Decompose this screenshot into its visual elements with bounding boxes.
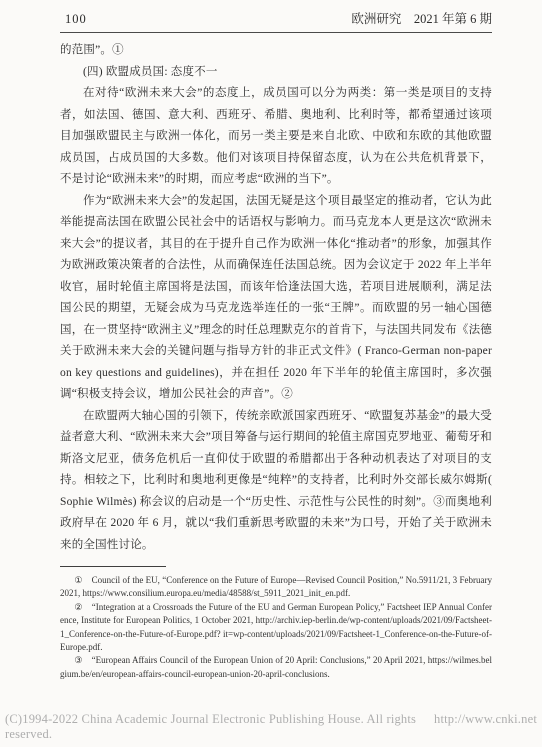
footnote-1: ① Council of the EU, “Conference on the … <box>60 574 492 601</box>
paragraph: 在欧盟两大轴心国的引领下，传统亲欧派国家西班牙、“欧盟复苏基金”的最大受益者意大… <box>60 406 492 557</box>
cnki-scan-footer: (C)1994-2022 China Academic Journal Elec… <box>0 712 542 742</box>
footnote-2: ② “Integration at a Crossroads the Futur… <box>60 601 492 655</box>
paragraph: 作为“欧洲未来大会”的发起国，法国无疑是这个项目最坚定的推动者，它认为此举能提高… <box>60 191 492 406</box>
paragraph: 在对待“欧洲未来大会”的态度上，成员国可以分为两类：第一类是项目的支持者，如法国… <box>60 83 492 191</box>
page-content: 100 欧洲研究 2021 年第 6 期 的范围”。① (四) 欧盟成员国: 态… <box>60 0 492 681</box>
footnotes-section: ① Council of the EU, “Conference on the … <box>60 574 492 681</box>
article-body: 的范围”。① (四) 欧盟成员国: 态度不一 在对待“欧洲未来大会”的态度上，成… <box>60 40 492 556</box>
journal-issue-label: 欧洲研究 2021 年第 6 期 <box>351 9 492 27</box>
cnki-url: http://www.cnki.net <box>434 712 537 742</box>
footnote-3: ③ “European Affairs Council of the Europ… <box>60 654 492 681</box>
journal-page-scan: 100 欧洲研究 2021 年第 6 期 的范围”。① (四) 欧盟成员国: 态… <box>0 0 542 747</box>
section-subheading: (四) 欧盟成员国: 态度不一 <box>60 62 492 84</box>
paragraph-continuation: 的范围”。① <box>60 40 492 62</box>
copyright-text: (C)1994-2022 China Academic Journal Elec… <box>5 712 434 742</box>
page-header: 100 欧洲研究 2021 年第 6 期 <box>60 0 492 33</box>
page-number: 100 <box>60 12 87 27</box>
footnote-divider <box>60 566 166 567</box>
